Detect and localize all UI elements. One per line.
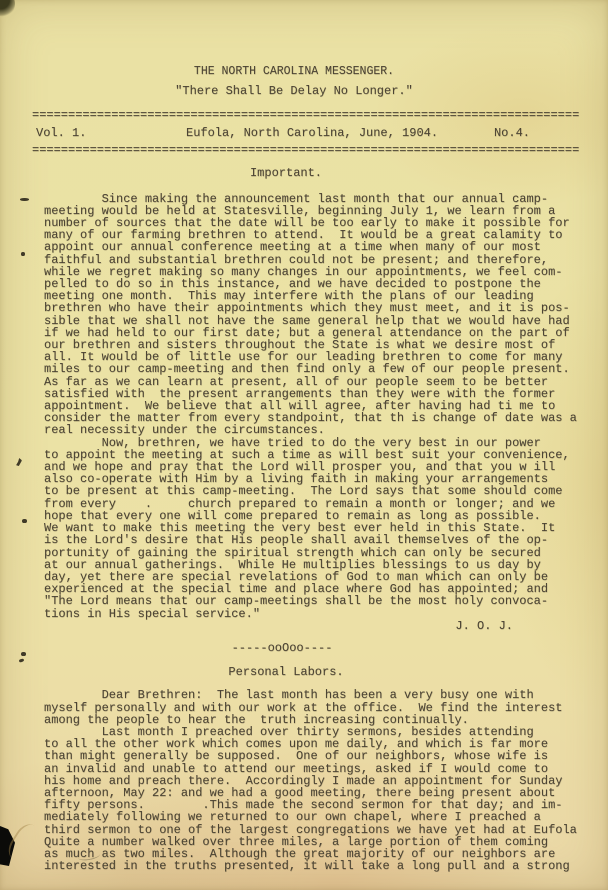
newsletter-motto: "There Shall Be Delay No Longer." <box>44 85 544 97</box>
page-content: THE NORTH CAROLINA MESSENGER. "There Sha… <box>0 0 608 872</box>
article-personal-labors-body: Dear Brethren: The last month has been a… <box>44 689 580 872</box>
masthead-rule-bottom: ========================================… <box>32 144 580 157</box>
paragraph: Now, brethren, we have tried to do the v… <box>44 437 580 620</box>
article-heading-personal-labors: Personal Labors. <box>44 666 528 678</box>
newsletter-page: THE NORTH CAROLINA MESSENGER. "There Sha… <box>0 0 608 890</box>
volume-line: Vol. 1. Eufola, North Carolina, June, 19… <box>44 127 580 140</box>
article-heading-important: Important. <box>44 167 528 179</box>
paragraph: Last month I preached over thirty sermon… <box>44 726 580 872</box>
paragraph: Dear Brethren: The last month has been a… <box>44 689 580 726</box>
article-important-body: Since making the announcement last month… <box>44 193 580 620</box>
article-personal-labors: Personal Labors. Dear Brethren: The last… <box>44 666 580 872</box>
article-important: Important. Since making the announcement… <box>44 167 580 632</box>
newsletter-title: THE NORTH CAROLINA MESSENGER. <box>44 66 544 78</box>
issue-number: No.4. <box>494 127 530 139</box>
masthead-rule-top: ========================================… <box>32 109 580 122</box>
paragraph: Since making the announcement last month… <box>44 193 580 437</box>
author-initials: J. O. J. <box>44 620 513 632</box>
masthead: THE NORTH CAROLINA MESSENGER. "There Sha… <box>44 66 580 157</box>
dateline: Eufola, North Carolina, June, 1904. <box>186 127 438 139</box>
section-separator-ornament: -----ooOoo---- <box>44 642 520 654</box>
volume-label: Vol. 1. <box>36 127 86 139</box>
